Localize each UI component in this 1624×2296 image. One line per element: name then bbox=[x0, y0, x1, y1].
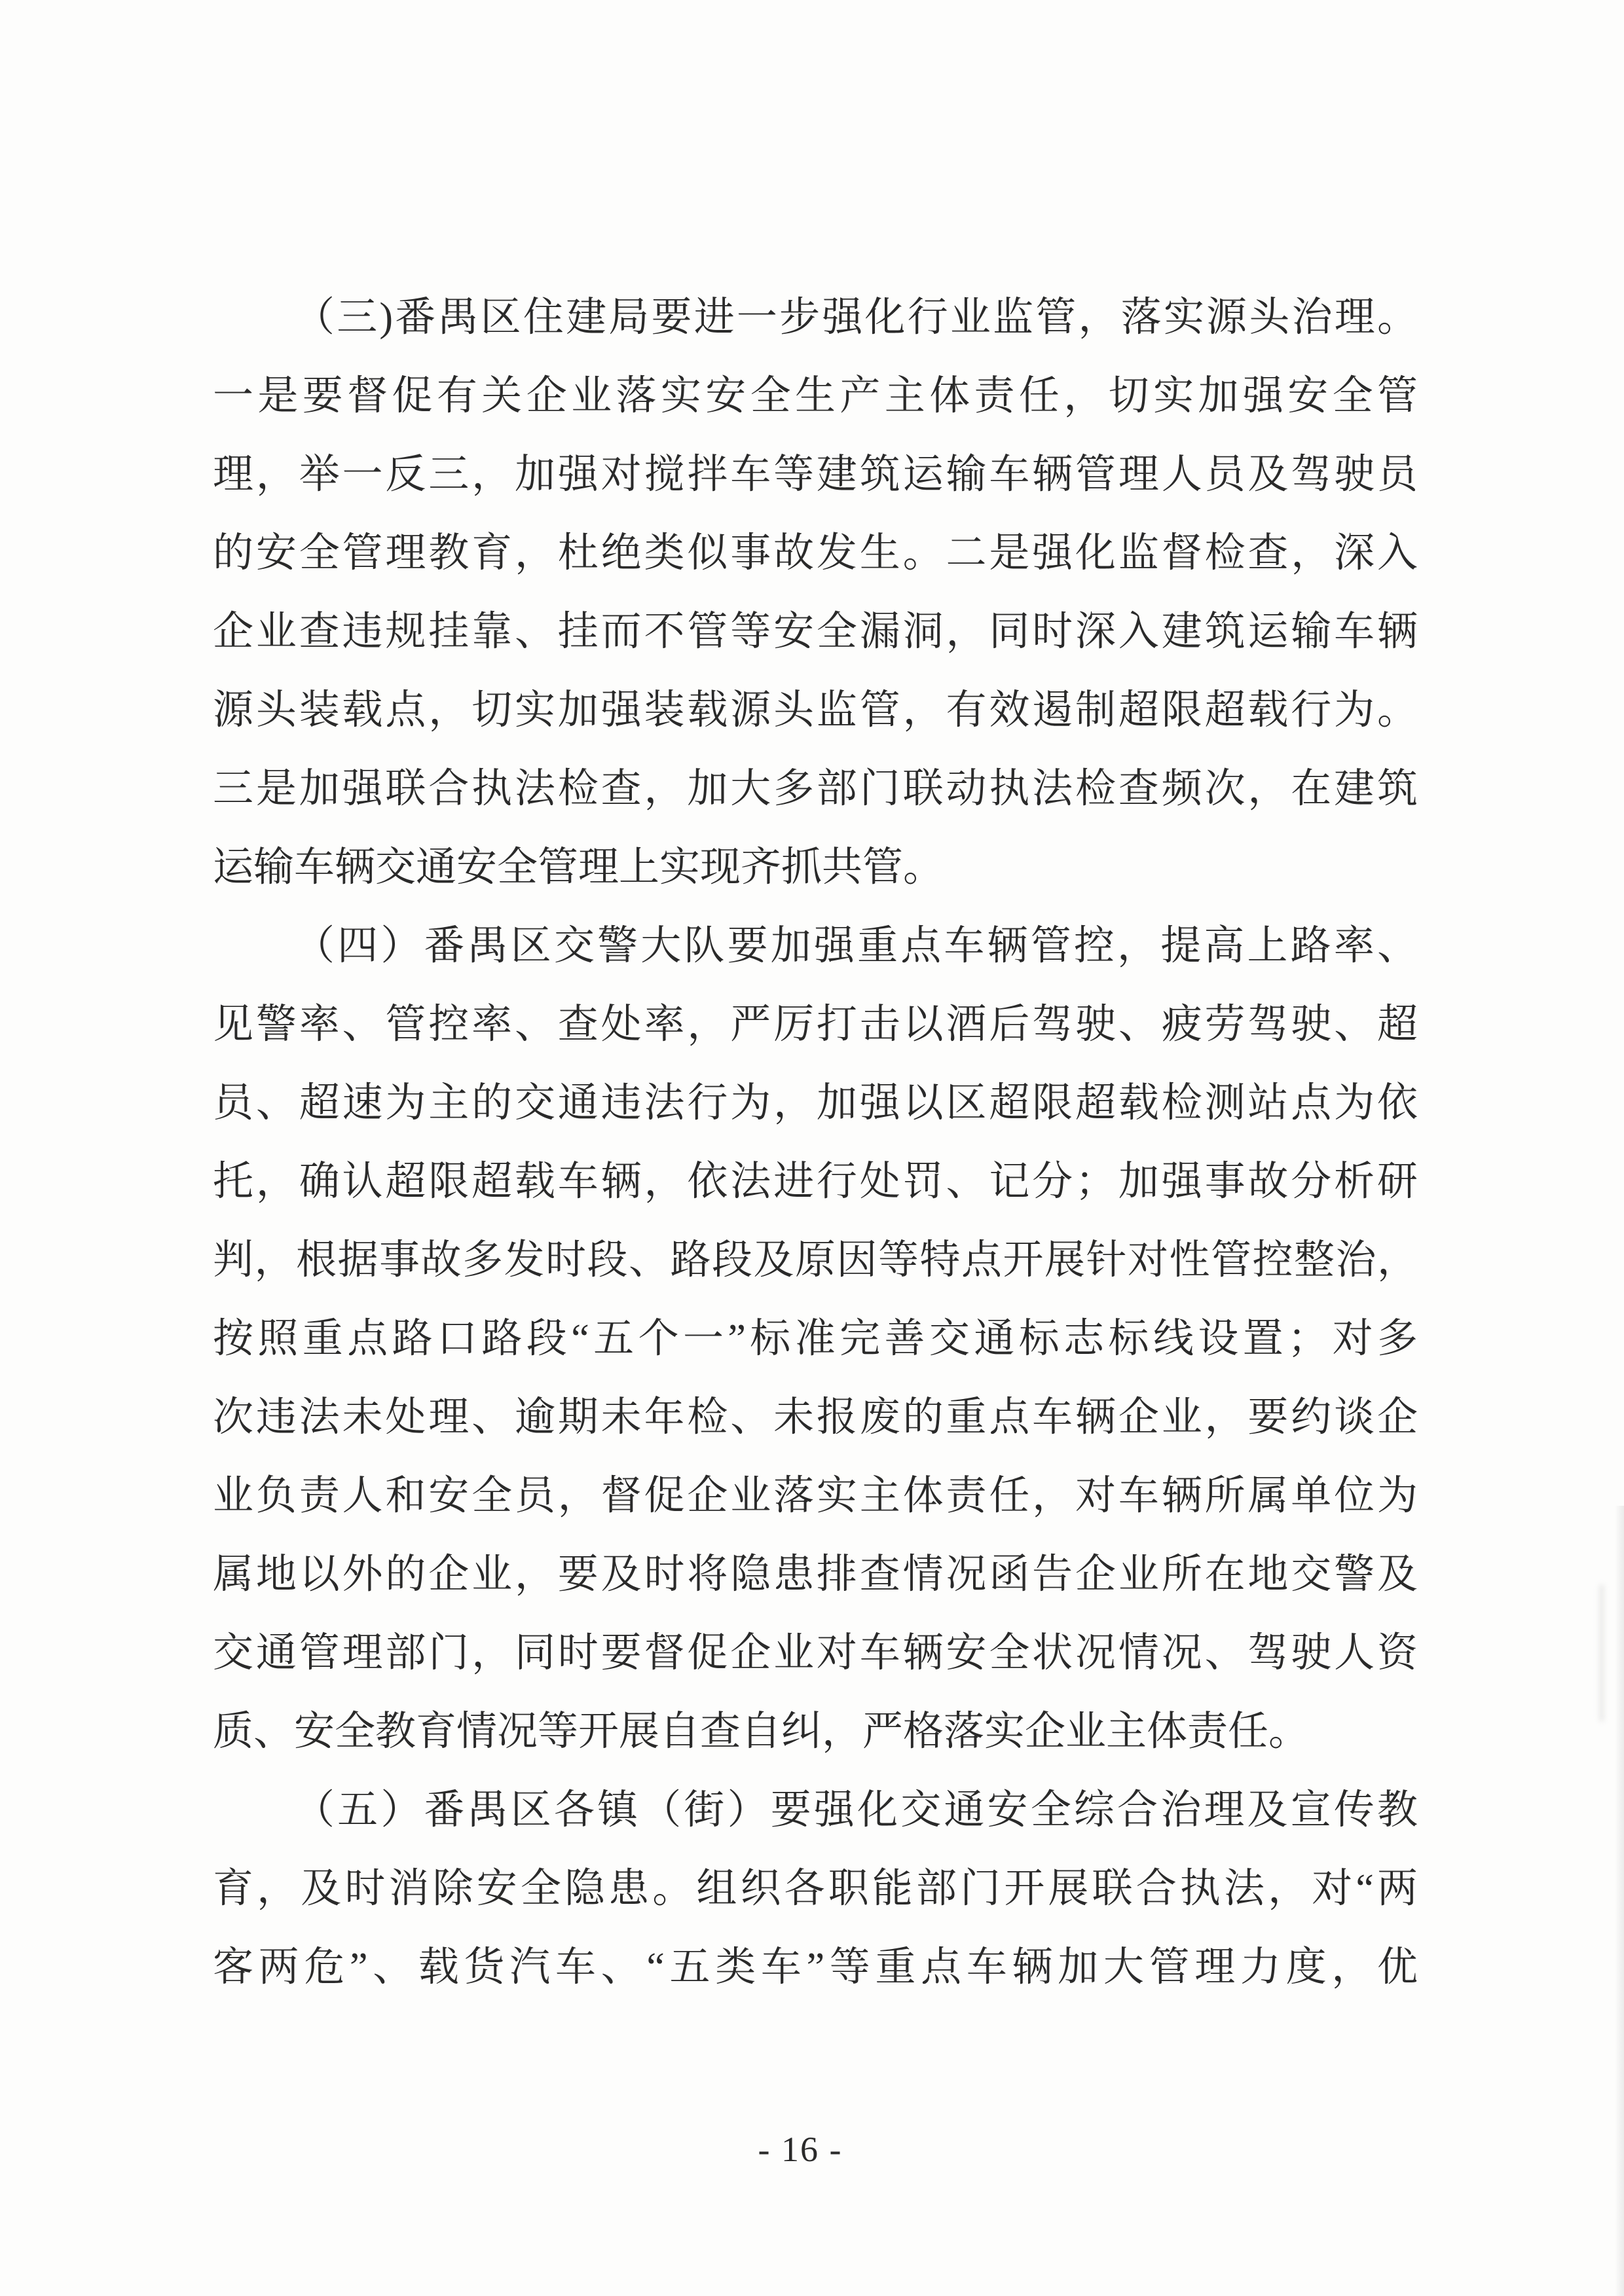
text-line: 三是加强联合执法检查，加大多部门联动执法检查频次，在建筑 bbox=[213, 750, 1418, 828]
text-line: 育，及时消除安全隐患。组织各职能部门开展联合执法，对“两 bbox=[213, 1850, 1418, 1928]
text-line: 运输车辆交通安全管理上实现齐抓共管。 bbox=[213, 828, 1418, 907]
text-line: （五）番禺区各镇（街）要强化交通安全综合治理及宣传教 bbox=[213, 1771, 1418, 1850]
page-number: - 16 - bbox=[0, 2126, 1612, 2172]
text-line: 理，举一反三，加强对搅拌车等建筑运输车辆管理人员及驾驶员 bbox=[213, 435, 1418, 514]
document-page: （三)番禺区住建局要进一步强化行业监管，落实源头治理。一是要督促有关企业落实安全… bbox=[0, 0, 1624, 2296]
text-line: 员、超速为主的交通违法行为，加强以区超限超载检测站点为依 bbox=[213, 1064, 1418, 1142]
text-line: 托，确认超限超载车辆，依法进行处罚、记分；加强事故分析研 bbox=[213, 1142, 1418, 1221]
text-line: 见警率、管控率、查处率，严厉打击以酒后驾驶、疲劳驾驶、超 bbox=[213, 985, 1418, 1064]
text-line: 客两危”、载货汽车、“五类车”等重点车辆加大管理力度，优 bbox=[213, 1928, 1418, 2007]
text-line: 属地以外的企业，要及时将隐患排查情况函告企业所在地交警及 bbox=[213, 1535, 1418, 1614]
document-body: （三)番禺区住建局要进一步强化行业监管，落实源头治理。一是要督促有关企业落实安全… bbox=[213, 278, 1418, 2007]
text-line: （四）番禺区交警大队要加强重点车辆管控，提高上路率、 bbox=[213, 907, 1418, 985]
text-line: 业负责人和安全员，督促企业落实主体责任，对车辆所属单位为 bbox=[213, 1457, 1418, 1535]
text-line: 判，根据事故多发时段、路段及原因等特点开展针对性管控整治， bbox=[213, 1221, 1418, 1300]
scan-edge-shade bbox=[1615, 1506, 1624, 2296]
text-line: 交通管理部门，同时要督促企业对车辆安全状况情况、驾驶人资 bbox=[213, 1614, 1418, 1692]
text-line: 按照重点路口路段“五个一”标准完善交通标志标线设置；对多 bbox=[213, 1300, 1418, 1378]
text-line: 一是要督促有关企业落实安全生产主体责任，切实加强安全管 bbox=[213, 357, 1418, 435]
section-3: （三)番禺区住建局要进一步强化行业监管，落实源头治理。一是要督促有关企业落实安全… bbox=[213, 278, 1418, 907]
scan-smudge-artifact bbox=[1599, 1584, 1604, 1722]
text-line: 企业查违规挂靠、挂而不管等安全漏洞，同时深入建筑运输车辆 bbox=[213, 592, 1418, 671]
section-5: （五）番禺区各镇（街）要强化交通安全综合治理及宣传教育，及时消除安全隐患。组织各… bbox=[213, 1771, 1418, 2007]
text-line: （三)番禺区住建局要进一步强化行业监管，落实源头治理。 bbox=[213, 278, 1418, 357]
section-4: （四）番禺区交警大队要加强重点车辆管控，提高上路率、见警率、管控率、查处率，严厉… bbox=[213, 907, 1418, 1771]
text-line: 次违法未处理、逾期未年检、未报废的重点车辆企业，要约谈企 bbox=[213, 1378, 1418, 1457]
text-line: 的安全管理教育，杜绝类似事故发生。二是强化监督检查，深入 bbox=[213, 514, 1418, 592]
text-line: 质、安全教育情况等开展自查自纠，严格落实企业主体责任。 bbox=[213, 1692, 1418, 1771]
text-line: 源头装载点，切实加强装载源头监管，有效遏制超限超载行为。 bbox=[213, 671, 1418, 750]
